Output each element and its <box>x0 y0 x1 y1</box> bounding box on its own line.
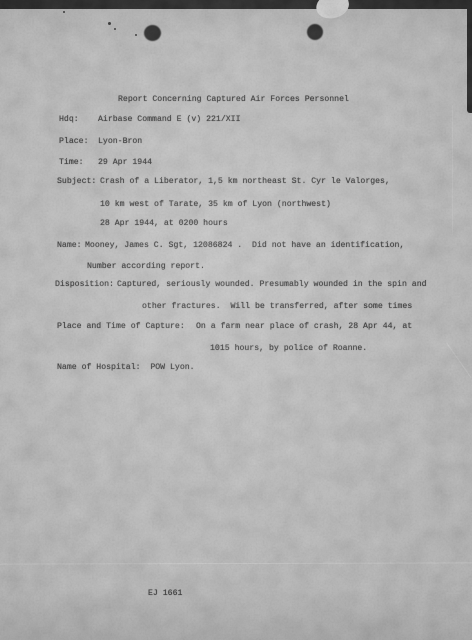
text-line: Airbase Command E (v) 221/XII <box>98 115 241 124</box>
ink-speck <box>63 11 65 13</box>
text-line: Number according report. <box>87 262 205 271</box>
ink-speck <box>114 28 116 30</box>
text-line: Time: <box>59 158 84 167</box>
paper-tear-blob <box>313 0 351 22</box>
text-line: Hdq: <box>59 115 79 124</box>
text-line: EJ 1661 <box>148 589 182 598</box>
text-line: 29 Apr 1944 <box>98 158 152 167</box>
film-scratch-vertical <box>452 105 453 235</box>
film-scratch-horizontal <box>0 562 472 564</box>
punch-hole-left <box>144 25 161 41</box>
text-line: On a farm near place of crash, 28 Apr 44… <box>196 322 412 331</box>
text-line: Crash of a Liberator, 1,5 km northeast S… <box>100 177 390 186</box>
text-line: 10 km west of Tarate, 35 km of Lyon (nor… <box>100 200 331 209</box>
film-edge-top <box>0 0 472 9</box>
ink-speck <box>135 34 137 36</box>
text-line: Place and Time of Capture: <box>57 322 185 331</box>
text-line: other fractures. Will be transferred, af… <box>142 302 412 311</box>
text-line: 28 Apr 1944, at 0200 hours <box>100 219 228 228</box>
text-line: Report Concerning Captured Air Forces Pe… <box>118 95 349 104</box>
scanned-document-photo: Report Concerning Captured Air Forces Pe… <box>0 0 472 640</box>
text-line: Disposition: <box>55 280 114 289</box>
text-line: Subject: <box>57 177 96 186</box>
text-line: Name of Hospital: POW Lyon. <box>57 363 195 372</box>
text-line: Place: <box>59 137 88 146</box>
ink-speck <box>108 22 111 25</box>
film-edge-right <box>467 0 472 113</box>
text-line: Mooney, James C. Sgt, 12086824 . Did not… <box>85 241 404 250</box>
text-line: Captured, seriously wounded. Presumably … <box>117 280 427 289</box>
text-line: Lyon-Bron <box>98 137 142 146</box>
punch-hole-right <box>307 24 323 40</box>
text-line: Name: <box>57 241 82 250</box>
film-scratch-diagonal <box>447 343 472 378</box>
text-line: 1015 hours, by police of Roanne. <box>210 344 367 353</box>
